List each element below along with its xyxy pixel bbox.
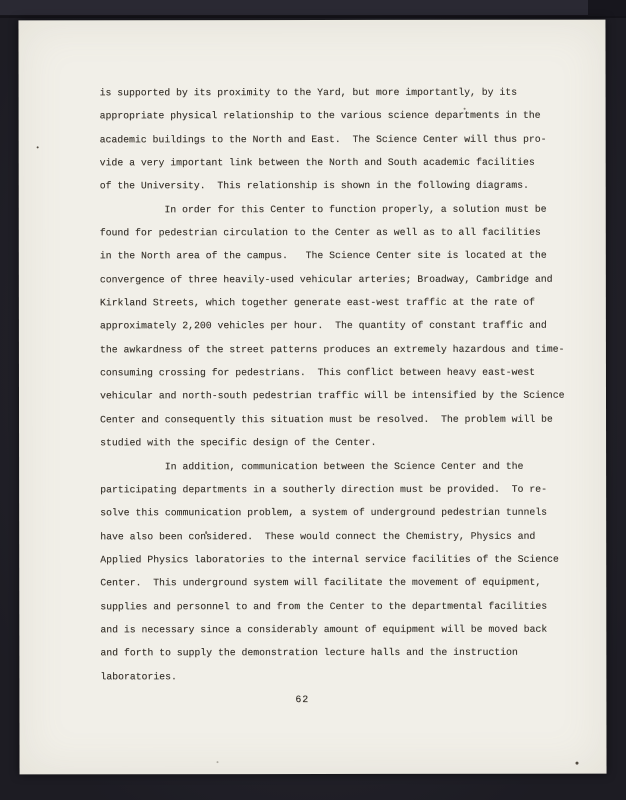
page-number: 62	[295, 688, 309, 711]
text-line: and is necessary since a considerably am…	[100, 618, 580, 642]
text-line: is supported by its proximity to the Yar…	[100, 81, 580, 105]
text-line: supplies and personnel to and from the C…	[100, 594, 580, 618]
text-line: of the University. This relationship is …	[100, 174, 580, 198]
scan-speck	[37, 146, 39, 148]
text-line: studied with the specific design of the …	[100, 431, 580, 455]
document-page: is supported by its proximity to the Yar…	[18, 20, 606, 775]
text-line: vehicular and north-south pedestrian tra…	[100, 384, 580, 408]
scan-corner-patch	[588, 0, 626, 16]
scan-speck	[217, 761, 219, 763]
scan-speck	[576, 762, 579, 765]
text-line: academic buildings to the North and East…	[100, 127, 580, 151]
typewritten-text: is supported by its proximity to the Yar…	[100, 81, 581, 689]
text-line: convergence of three heavily-used vehicu…	[100, 267, 580, 291]
scan-background: is supported by its proximity to the Yar…	[0, 0, 626, 800]
text-line: solve this communication problem, a syst…	[100, 501, 580, 525]
text-line: Kirkland Streets, which together generat…	[100, 291, 580, 315]
text-line: laboratories.	[100, 664, 580, 688]
text-line: the awkardness of the street patterns pr…	[100, 337, 580, 361]
scan-top-band	[0, 0, 626, 16]
text-line: Center. This underground system will fac…	[100, 571, 580, 595]
text-line: found for pedestrian circulation to the …	[100, 221, 580, 245]
text-line: Applied Physics laboratories to the inte…	[100, 548, 580, 572]
scan-speck	[205, 531, 207, 534]
scan-speck	[464, 108, 466, 110]
scan-seam-line	[0, 15, 626, 18]
text-line: in the North area of the campus. The Sci…	[100, 244, 580, 268]
text-line: have also been considered. These would c…	[100, 524, 580, 548]
text-line: In order for this Center to function pro…	[100, 197, 580, 221]
text-line: consuming crossing for pedestrians. This…	[100, 361, 580, 385]
text-line: Center and consequently this situation m…	[100, 407, 580, 431]
text-line: approximately 2,200 vehicles per hour. T…	[100, 314, 580, 338]
text-line: appropriate physical relationship to the…	[100, 104, 580, 128]
text-line: participating departments in a southerly…	[100, 477, 580, 501]
text-line: and forth to supply the demonstration le…	[100, 641, 580, 665]
text-line: vide a very important link between the N…	[100, 151, 580, 175]
text-line: In addition, communication between the S…	[100, 454, 580, 478]
